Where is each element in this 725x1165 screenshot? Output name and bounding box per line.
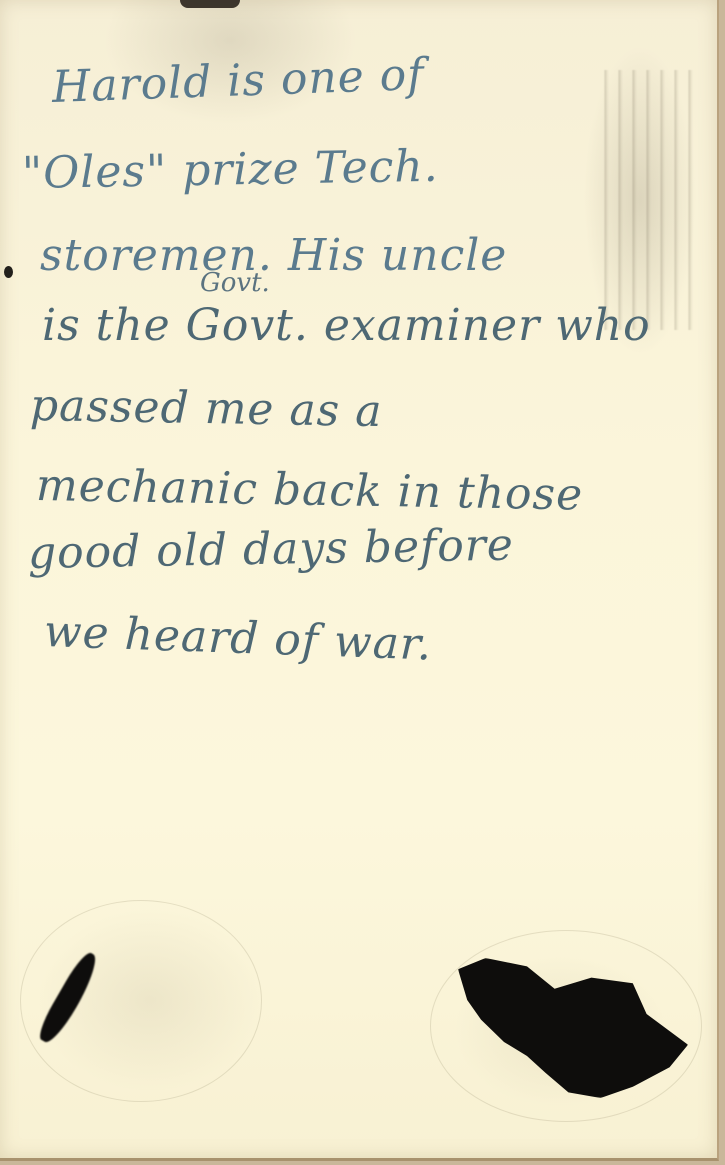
note-line-4: is the Govt. examiner who — [42, 300, 651, 351]
note-line-6: mechanic back in those — [36, 460, 584, 521]
photo-card-back: Harold is one of "Oles" prize Tech. stor… — [0, 0, 719, 1161]
note-line-7: good old days before — [28, 520, 515, 579]
note-line-3: storemen. His uncle — [40, 230, 507, 281]
note-line-8: we heard of war. — [43, 606, 433, 671]
note-line-5: passed me as a — [30, 380, 383, 437]
note-line-1: Harold is one of — [51, 49, 425, 113]
handwritten-note: Harold is one of "Oles" prize Tech. stor… — [0, 0, 725, 760]
note-line-2: "Oles" prize Tech. — [22, 141, 439, 199]
note-insertion: Govt. — [200, 268, 270, 298]
